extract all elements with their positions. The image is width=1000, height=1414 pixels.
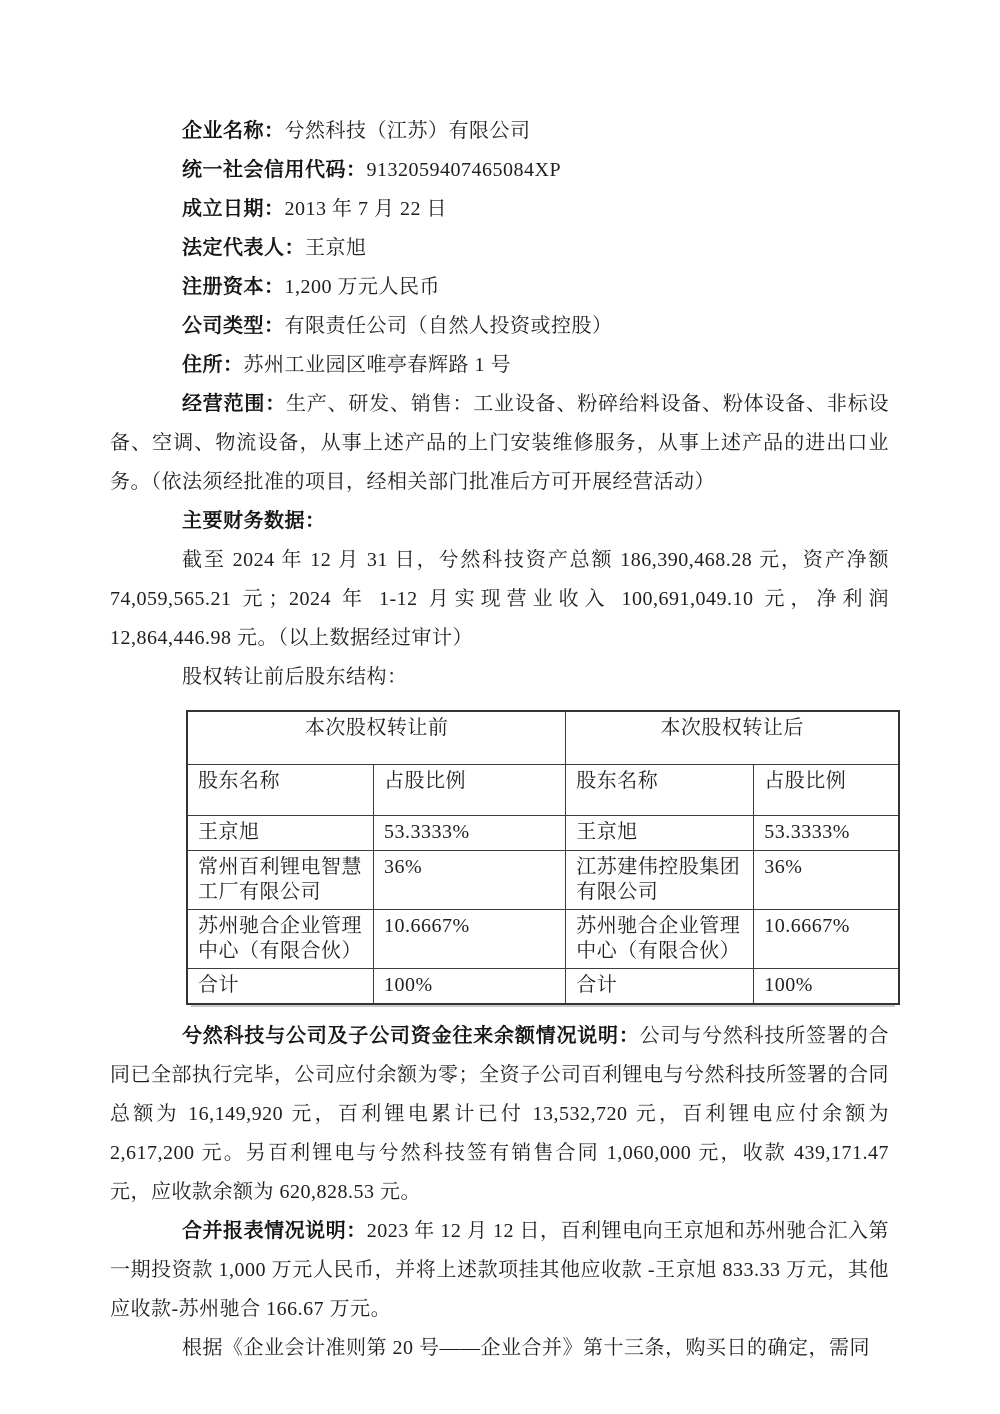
- field-establish-date: 成立日期：2013 年 7 月 22 日: [110, 190, 889, 229]
- cell-before-name: 常州百利锂电智慧工厂有限公司: [187, 851, 374, 910]
- fund-balance-text: 公司与兮然科技所签署的合同已全部执行完毕，公司应付余额为零；全资子公司百利锂电与…: [110, 1025, 889, 1203]
- document-page: 企业名称：兮然科技（江苏）有限公司 统一社会信用代码：9132059407465…: [0, 0, 1000, 1414]
- table-group-header-row: 本次股权转让前 本次股权转让后: [187, 711, 899, 765]
- table-column-header-row: 股东名称 占股比例 股东名称 占股比例: [187, 765, 899, 816]
- cell-after-name: 江苏建伟控股集团有限公司: [566, 851, 754, 910]
- field-legal-representative: 法定代表人：王京旭: [110, 229, 889, 268]
- financial-data-paragraph: 截至 2024 年 12 月 31 日，兮然科技资产总额 186,390,468…: [110, 541, 889, 658]
- field-credit-code-value: 9132059407465084XP: [367, 159, 562, 181]
- cell-before-name: 苏州驰合企业管理中心（有限合伙）: [187, 910, 374, 969]
- cell-before-name: 王京旭: [187, 816, 374, 851]
- field-address-label: 住所：: [182, 354, 244, 376]
- cell-after-ratio: 10.6667%: [754, 910, 899, 969]
- cell-before-ratio: 10.6667%: [374, 910, 566, 969]
- consolidation-label: 合并报表情况说明：: [182, 1220, 367, 1242]
- field-company-type-label: 公司类型：: [182, 315, 285, 337]
- cell-after-total-ratio: 100%: [754, 969, 899, 1005]
- field-address: 住所：苏州工业园区唯亭春辉路 1 号: [110, 346, 889, 385]
- field-company-name: 企业名称：兮然科技（江苏）有限公司: [110, 112, 889, 151]
- document-content: 企业名称：兮然科技（江苏）有限公司 统一社会信用代码：9132059407465…: [110, 112, 889, 1368]
- cell-after-total-label: 合计: [566, 969, 754, 1005]
- col-header-ratio-before: 占股比例: [374, 765, 566, 816]
- field-company-name-label: 企业名称：: [182, 120, 285, 142]
- field-establish-date-value: 2013 年 7 月 22 日: [285, 198, 448, 220]
- field-business-scope: 经营范围：生产、研发、销售：工业设备、粉碎给料设备、粉体设备、非标设备、空调、物…: [110, 385, 889, 502]
- col-header-shareholder-after: 股东名称: [566, 765, 754, 816]
- cell-before-ratio: 53.3333%: [374, 816, 566, 851]
- financial-data-heading: 主要财务数据：: [110, 502, 889, 541]
- accounting-standard-paragraph: 根据《企业会计准则第 20 号——企业合并》第十三条，购买日的确定，需同: [110, 1329, 889, 1368]
- col-header-shareholder-before: 股东名称: [187, 765, 374, 816]
- field-address-value: 苏州工业园区唯亭春辉路 1 号: [244, 354, 512, 376]
- field-registered-capital-value: 1,200 万元人民币: [285, 276, 441, 298]
- cell-after-name: 苏州驰合企业管理中心（有限合伙）: [566, 910, 754, 969]
- field-company-type: 公司类型：有限责任公司（自然人投资或控股）: [110, 307, 889, 346]
- fund-balance-paragraph: 兮然科技与公司及子公司资金往来余额情况说明：公司与兮然科技所签署的合同已全部执行…: [110, 1017, 889, 1212]
- table-row: 王京旭 53.3333% 王京旭 53.3333%: [187, 816, 899, 851]
- fund-balance-label: 兮然科技与公司及子公司资金往来余额情况说明：: [182, 1025, 640, 1047]
- field-company-name-value: 兮然科技（江苏）有限公司: [285, 120, 531, 142]
- field-credit-code-label: 统一社会信用代码：: [182, 159, 367, 181]
- consolidation-paragraph: 合并报表情况说明：2023 年 12 月 12 日，百利锂电向王京旭和苏州驰合汇…: [110, 1212, 889, 1329]
- cell-before-total-label: 合计: [187, 969, 374, 1005]
- header-after-transfer: 本次股权转让后: [566, 711, 899, 765]
- cell-after-ratio: 53.3333%: [754, 816, 899, 851]
- col-header-ratio-after: 占股比例: [754, 765, 899, 816]
- table-row: 常州百利锂电智慧工厂有限公司 36% 江苏建伟控股集团有限公司 36%: [187, 851, 899, 910]
- cell-before-ratio: 36%: [374, 851, 566, 910]
- table-total-row: 合计 100% 合计 100%: [187, 969, 899, 1005]
- field-business-scope-label: 经营范围：: [182, 393, 286, 415]
- field-registered-capital-label: 注册资本：: [182, 276, 285, 298]
- cell-after-name: 王京旭: [566, 816, 754, 851]
- header-before-transfer: 本次股权转让前: [187, 711, 566, 765]
- cell-before-total-ratio: 100%: [374, 969, 566, 1005]
- field-credit-code: 统一社会信用代码：9132059407465084XP: [110, 151, 889, 190]
- field-legal-representative-value: 王京旭: [305, 237, 367, 259]
- shareholding-table: 本次股权转让前 本次股权转让后 股东名称 占股比例 股东名称 占股比例 王京旭 …: [186, 710, 900, 1005]
- field-company-type-value: 有限责任公司（自然人投资或控股）: [285, 315, 613, 337]
- cell-after-ratio: 36%: [754, 851, 899, 910]
- table-row: 苏州驰合企业管理中心（有限合伙） 10.6667% 苏州驰合企业管理中心（有限合…: [187, 910, 899, 969]
- shareholding-structure-intro: 股权转让前后股东结构：: [110, 658, 889, 697]
- field-legal-representative-label: 法定代表人：: [182, 237, 305, 259]
- field-establish-date-label: 成立日期：: [182, 198, 285, 220]
- field-registered-capital: 注册资本：1,200 万元人民币: [110, 268, 889, 307]
